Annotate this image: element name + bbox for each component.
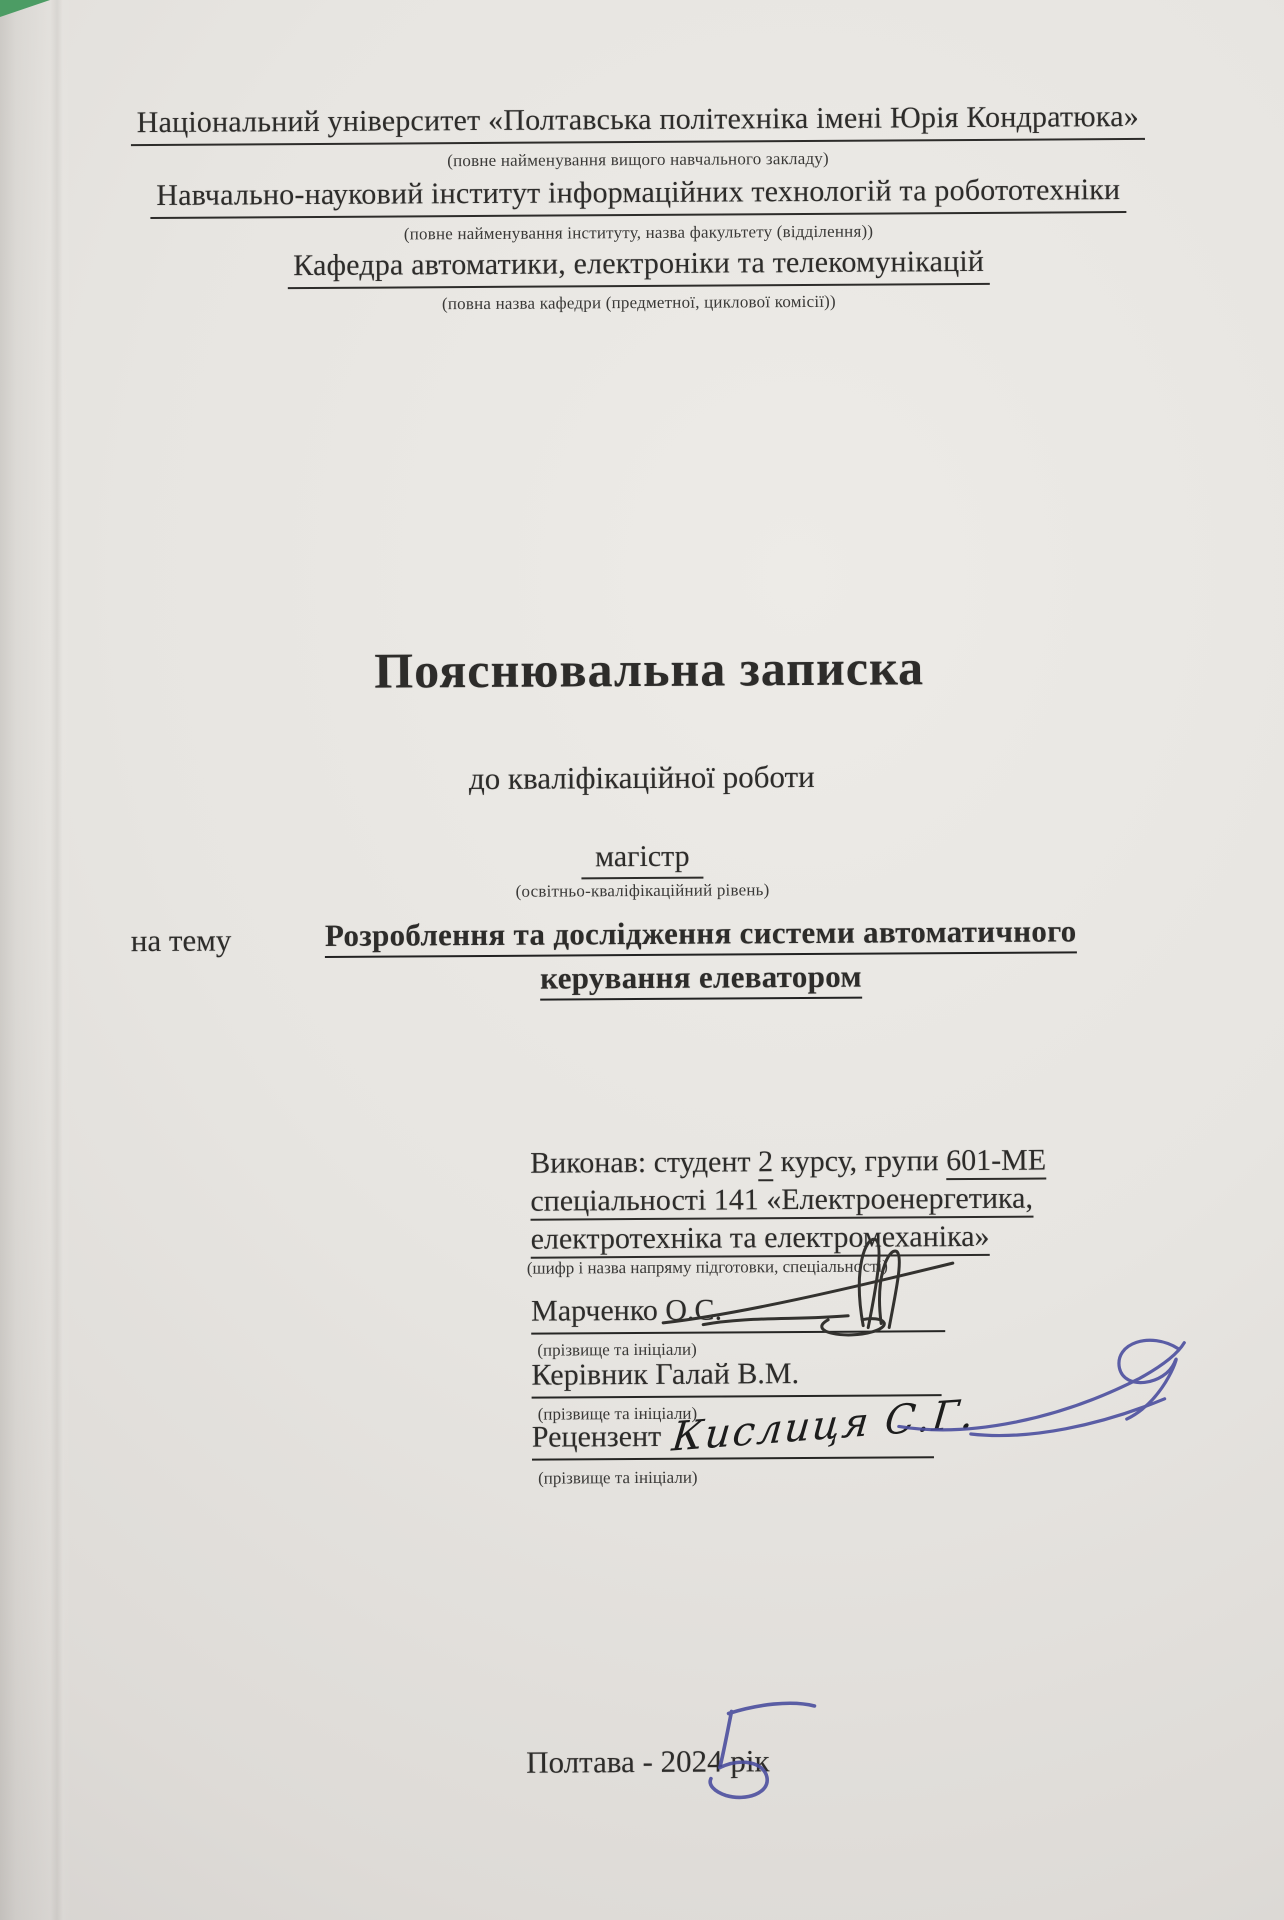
department-caption: (повна назва кафедри (предметної, циклов… xyxy=(0,289,1281,317)
university-caption: (повне найменування вищого навчального з… xyxy=(0,146,1280,174)
institute-name: Навчально-науковий інститут інформаційни… xyxy=(0,172,1280,220)
executor-line1: Виконав: студент 2 курсу, групи 601-МЕ xyxy=(530,1144,1046,1181)
institute-caption: (повне найменування інституту, назва фак… xyxy=(0,219,1281,247)
degree-level: магістр xyxy=(0,836,1284,883)
topic-label: на тему xyxy=(131,923,232,960)
group-number: 601-МЕ xyxy=(946,1144,1046,1181)
topic-title: Розроблення та дослідження системи автом… xyxy=(249,913,1153,1003)
reviewer-name-caption: (прізвище та ініціали) xyxy=(538,1468,698,1489)
year-correction-ink xyxy=(673,1693,824,1804)
city-year-line: Полтава - 2024 рік xyxy=(6,1740,1284,1784)
scanned-title-page: Національний університет «Полтавська пол… xyxy=(0,0,1284,1920)
page-title: Пояснювальна записка xyxy=(7,636,1284,702)
course-number: 2 xyxy=(758,1145,773,1181)
work-type-subtitle: до кваліфікаційної роботи xyxy=(0,756,1284,800)
executor-line2: спеціальності 141 «Електроенергетика, xyxy=(530,1182,1033,1219)
department-name: Кафедра автоматики, електроніки та телек… xyxy=(0,243,1281,291)
university-name: Національний університет «Полтавська пол… xyxy=(0,99,1280,147)
supervisor-signature-ink xyxy=(878,1323,1199,1447)
